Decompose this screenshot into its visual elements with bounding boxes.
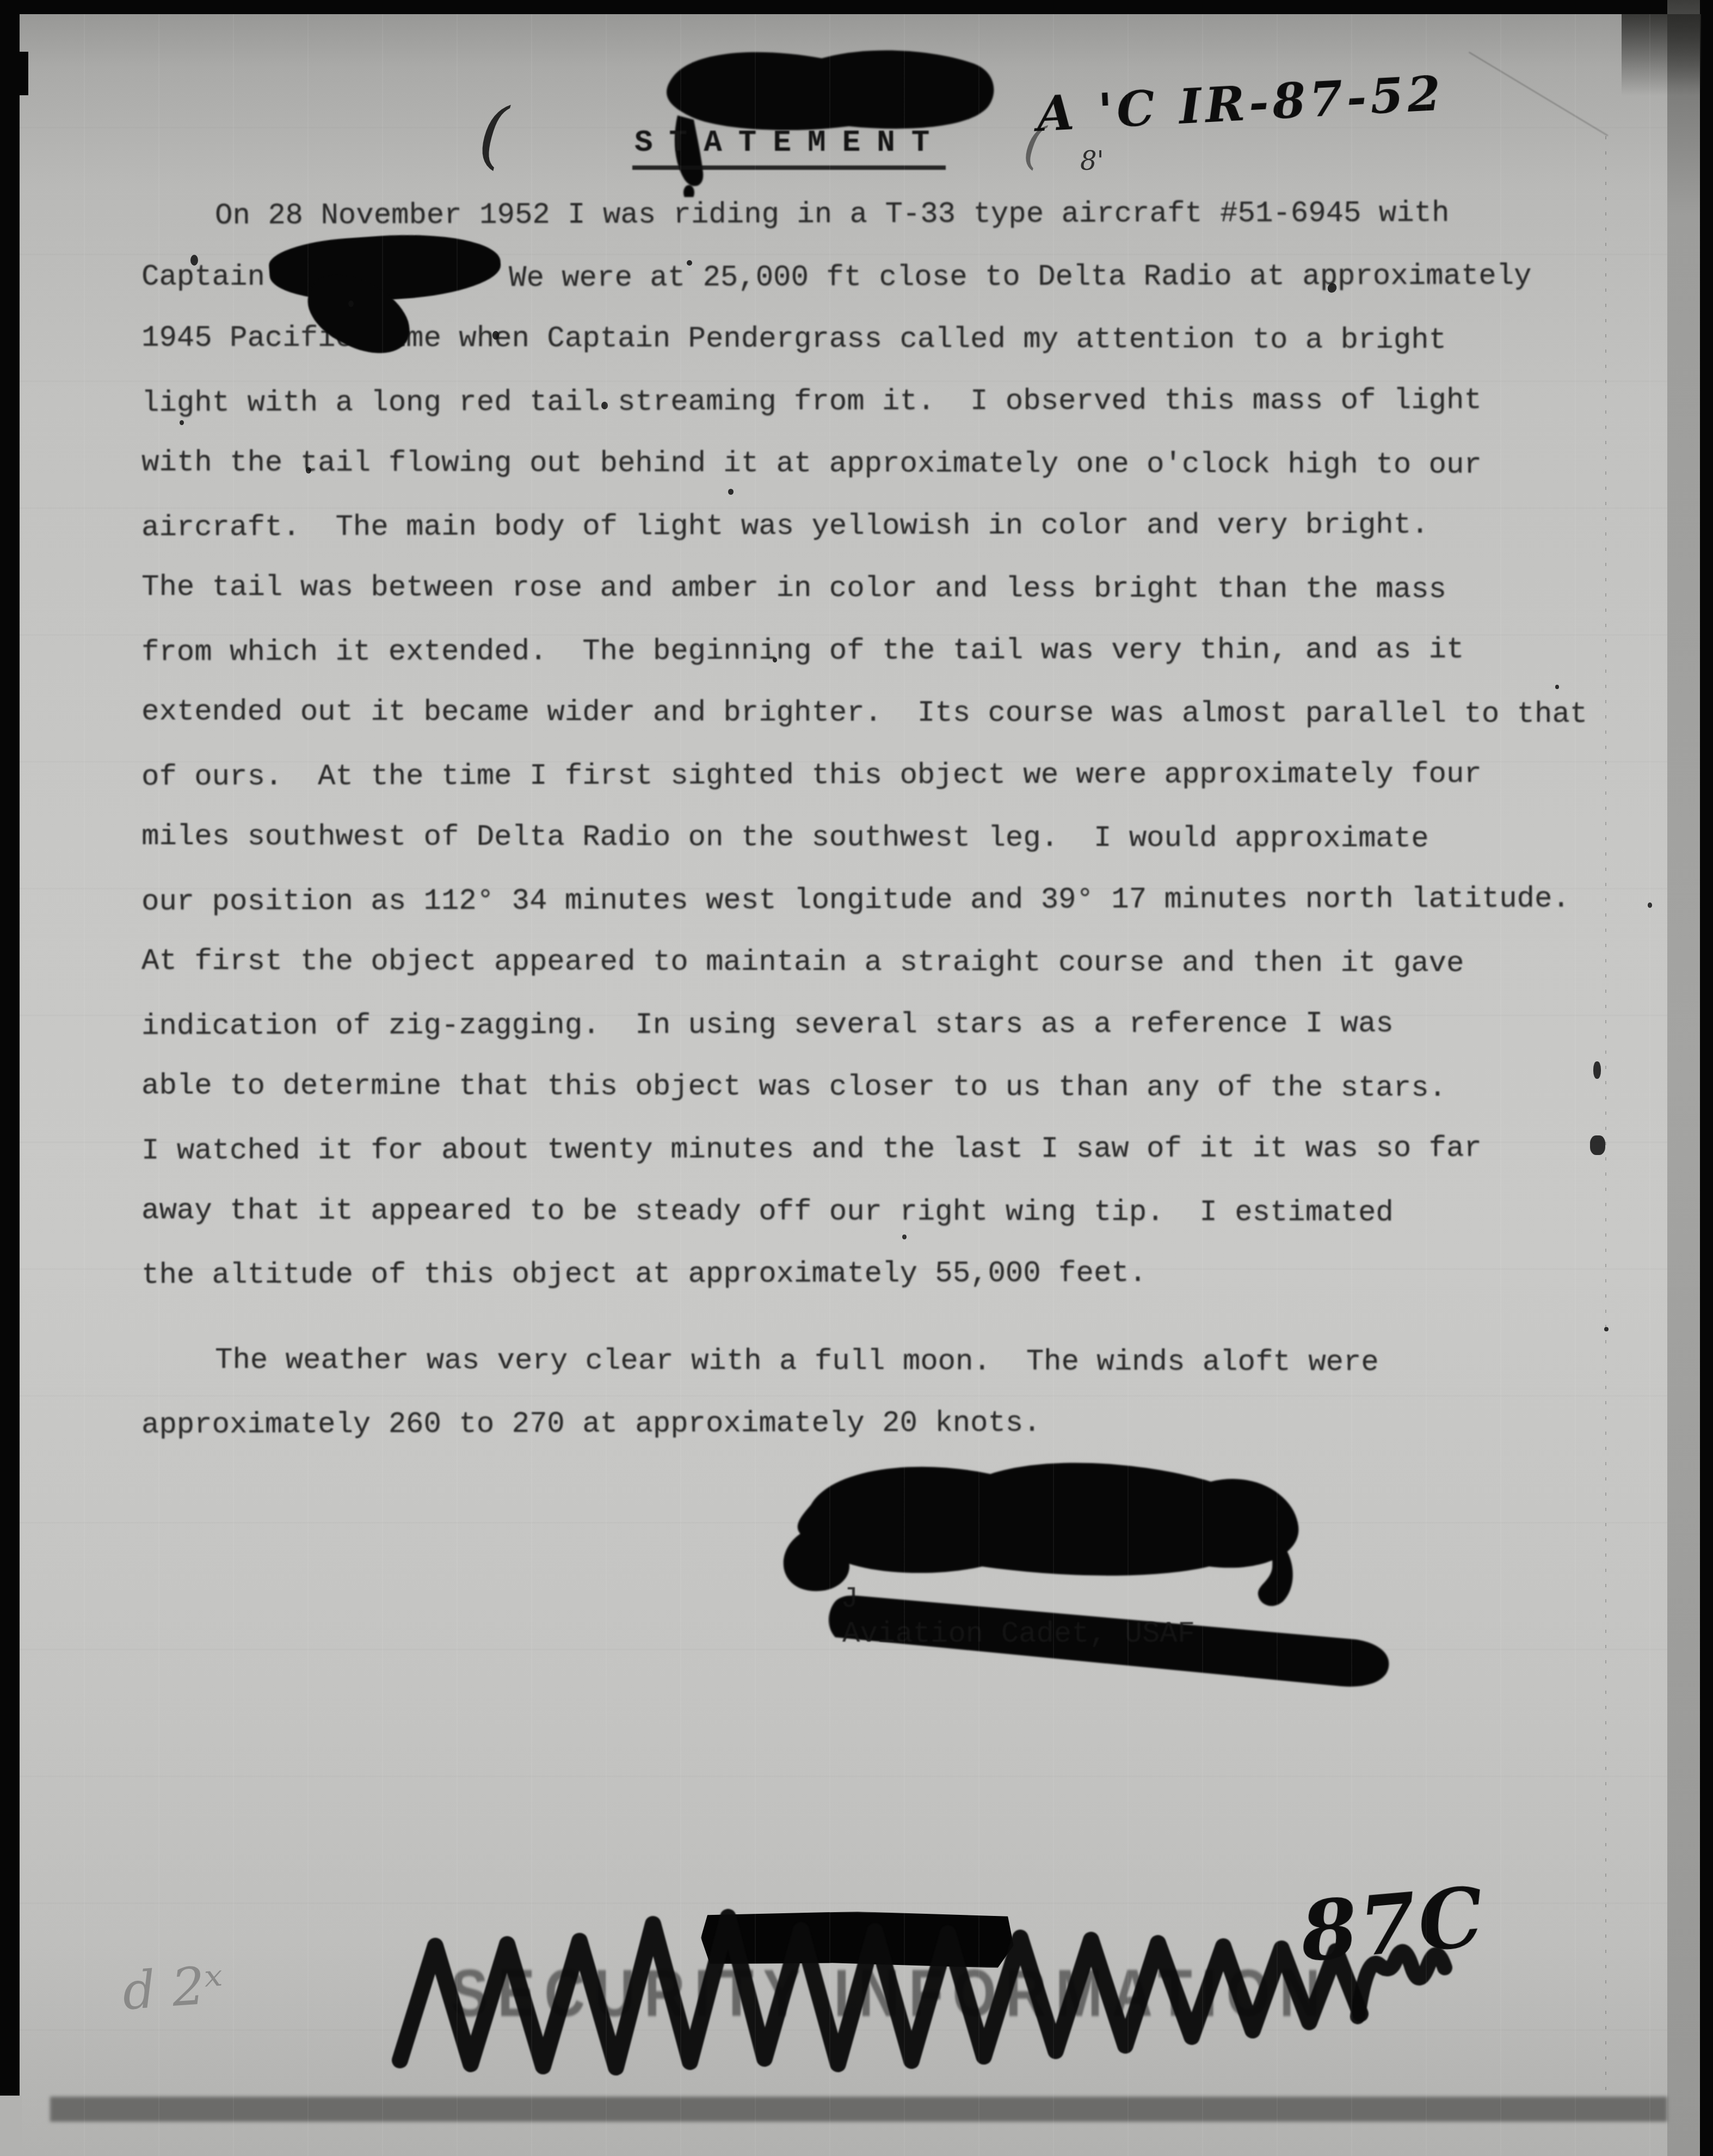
scan-right-edge	[1667, 0, 1700, 2156]
typed-line: The weather was very clear with a full m…	[215, 1344, 1379, 1379]
typed-line: miles southwest of Delta Radio on the so…	[141, 821, 1429, 856]
typed-line: from which it extended. The beginning of…	[141, 634, 1464, 669]
small-ink-mark: 8'	[1080, 146, 1104, 176]
typed-line: our position as 112° 34 minutes west lon…	[141, 883, 1570, 918]
header-redaction-blob	[642, 34, 1034, 197]
typed-line: Captain	[141, 261, 265, 294]
typed-line: indication of zig-zagging. In using seve…	[141, 1008, 1394, 1043]
typed-line: with the tail flowing out behind it at a…	[141, 447, 1482, 482]
page-title: STATEMENT	[632, 125, 946, 170]
handwritten-paren-mark: (	[476, 90, 510, 177]
typed-line: At first the object appeared to maintain…	[141, 945, 1464, 980]
typed-line: the altitude of this object at approxima…	[141, 1257, 1147, 1292]
typed-line: I watched it for about twenty minutes an…	[141, 1132, 1482, 1168]
typed-line: aircraft. The main body of light was yel…	[141, 509, 1429, 545]
typed-line: of ours. At the time I first sighted thi…	[141, 758, 1482, 794]
typed-line: On 28 November 1952 I was riding in a T-…	[215, 198, 1449, 233]
page-edge-dotted-line	[1605, 136, 1606, 2096]
typed-line: light with a long red tail streaming fro…	[141, 384, 1482, 420]
scanned-document-page: { "document": { "heading": "STATEMENT", …	[0, 0, 1713, 2156]
typed-line: extended out it became wider and brighte…	[141, 696, 1587, 732]
typed-line: We were at 25,000 ft close to Delta Radi…	[509, 260, 1532, 295]
typed-line: approximately 260 to 270 at approximatel…	[141, 1407, 1041, 1441]
typed-line: The tail was between rose and amber in c…	[141, 572, 1446, 606]
typed-line: away that it appeared to be steady off o…	[141, 1195, 1394, 1230]
signature-title-line: Aviation Cadet, USAF	[842, 1618, 1195, 1651]
scan-left-border-notch	[0, 52, 28, 95]
top-edge-shadow	[1622, 14, 1701, 96]
pencil-note: d 2ˣ	[120, 1955, 225, 2022]
scan-left-border-end	[0, 2096, 22, 2156]
signature-redaction-blob	[762, 1442, 1442, 1715]
partially-visible-typed-name: J	[841, 1583, 858, 1616]
typed-line: able to determine that this object was c…	[141, 1070, 1446, 1105]
handwritten-87c-mark: 87C	[1297, 1869, 1489, 1981]
